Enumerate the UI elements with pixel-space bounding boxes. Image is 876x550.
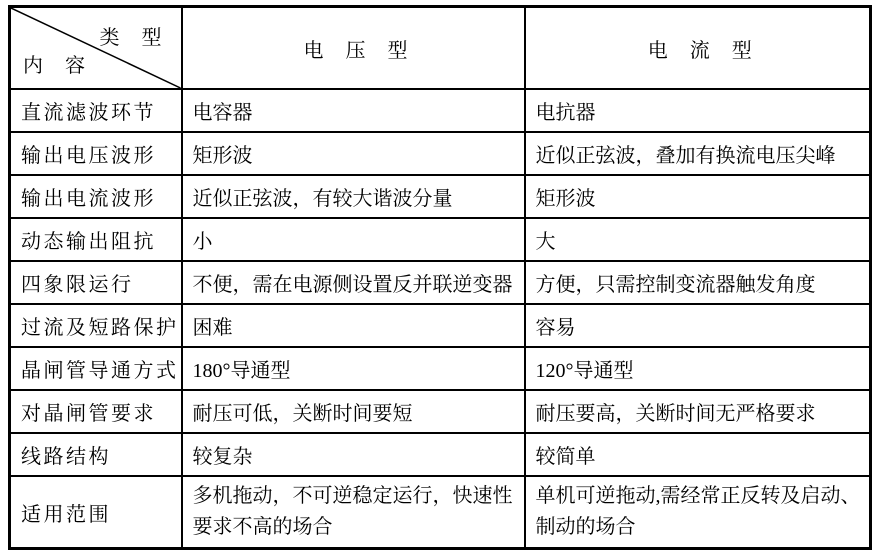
current-value-cell: 电抗器 bbox=[525, 89, 871, 132]
voltage-value-line-2: 要求不高的场合 bbox=[193, 512, 520, 543]
row-label-cell: 输出电流波形 bbox=[10, 175, 182, 218]
inverter-comparison-table: 类 型 内 容 电 压 型 电 流 型 直流滤波环节 电容器 电抗器 输出电压波… bbox=[8, 5, 872, 550]
current-value-cell: 矩形波 bbox=[525, 175, 871, 218]
current-value-cell: 近似正弦波，叠加有换流电压尖峰 bbox=[525, 132, 871, 175]
column-header-current-type: 电 流 型 bbox=[525, 7, 871, 90]
row-label-cell: 四象限运行 bbox=[10, 261, 182, 304]
row-label-cell: 输出电压波形 bbox=[10, 132, 182, 175]
row-label-cell: 过流及短路保护 bbox=[10, 304, 182, 347]
table-row-four-quadrant-operation: 四象限运行 不便，需在电源侧设置反并联逆变器 方便，只需控制变流器触发角度 bbox=[10, 261, 871, 304]
current-value-cell: 大 bbox=[525, 218, 871, 261]
voltage-value-cell: 困难 bbox=[182, 304, 525, 347]
voltage-value-cell: 180°导通型 bbox=[182, 347, 525, 390]
current-value-line-2: 制动的场合 bbox=[536, 512, 866, 543]
voltage-value-cell: 矩形波 bbox=[182, 132, 525, 175]
voltage-value-cell: 多机拖动，不可逆稳定运行，快速性 要求不高的场合 bbox=[182, 476, 525, 549]
voltage-value-cell: 小 bbox=[182, 218, 525, 261]
table-row-circuit-structure: 线路结构 较复杂 较简单 bbox=[10, 433, 871, 476]
corner-header-cell: 类 型 内 容 bbox=[10, 7, 182, 90]
current-value-cell: 容易 bbox=[525, 304, 871, 347]
voltage-value-cell: 近似正弦波，有较大谐波分量 bbox=[182, 175, 525, 218]
table-row-overcurrent-protection: 过流及短路保护 困难 容易 bbox=[10, 304, 871, 347]
row-label-cell: 线路结构 bbox=[10, 433, 182, 476]
table-row-application-range: 适用范围 多机拖动，不可逆稳定运行，快速性 要求不高的场合 单机可逆拖动,需经常… bbox=[10, 476, 871, 549]
row-label-cell: 直流滤波环节 bbox=[10, 89, 182, 132]
column-header-voltage-type: 电 压 型 bbox=[182, 7, 525, 90]
voltage-value-cell: 耐压可低，关断时间要短 bbox=[182, 390, 525, 433]
current-value-cell: 120°导通型 bbox=[525, 347, 871, 390]
current-value-cell: 单机可逆拖动,需经常正反转及启动、 制动的场合 bbox=[525, 476, 871, 549]
voltage-value-line-1: 多机拖动，不可逆稳定运行，快速性 bbox=[193, 481, 520, 512]
header-row: 类 型 内 容 电 压 型 电 流 型 bbox=[10, 7, 871, 90]
corner-type-label: 类 型 bbox=[100, 21, 163, 50]
table-row-output-voltage-waveform: 输出电压波形 矩形波 近似正弦波，叠加有换流电压尖峰 bbox=[10, 132, 871, 175]
current-value-line-1: 单机可逆拖动,需经常正反转及启动、 bbox=[536, 481, 866, 512]
table-row-dc-filter: 直流滤波环节 电容器 电抗器 bbox=[10, 89, 871, 132]
voltage-value-cell: 不便，需在电源侧设置反并联逆变器 bbox=[182, 261, 525, 304]
table-row-output-current-waveform: 输出电流波形 近似正弦波，有较大谐波分量 矩形波 bbox=[10, 175, 871, 218]
row-label-cell: 晶闸管导通方式 bbox=[10, 347, 182, 390]
voltage-value-cell: 较复杂 bbox=[182, 433, 525, 476]
current-value-cell: 较简单 bbox=[525, 433, 871, 476]
table-row-dynamic-output-impedance: 动态输出阻抗 小 大 bbox=[10, 218, 871, 261]
row-label-cell: 适用范围 bbox=[10, 476, 182, 549]
current-value-cell: 耐压要高，关断时间无严格要求 bbox=[525, 390, 871, 433]
table-row-thyristor-requirements: 对晶闸管要求 耐压可低，关断时间要短 耐压要高，关断时间无严格要求 bbox=[10, 390, 871, 433]
current-value-cell: 方便，只需控制变流器触发角度 bbox=[525, 261, 871, 304]
table-row-thyristor-conduction-mode: 晶闸管导通方式 180°导通型 120°导通型 bbox=[10, 347, 871, 390]
voltage-value-cell: 电容器 bbox=[182, 89, 525, 132]
corner-content-label: 内 容 bbox=[23, 49, 86, 78]
row-label-cell: 动态输出阻抗 bbox=[10, 218, 182, 261]
row-label-cell: 对晶闸管要求 bbox=[10, 390, 182, 433]
